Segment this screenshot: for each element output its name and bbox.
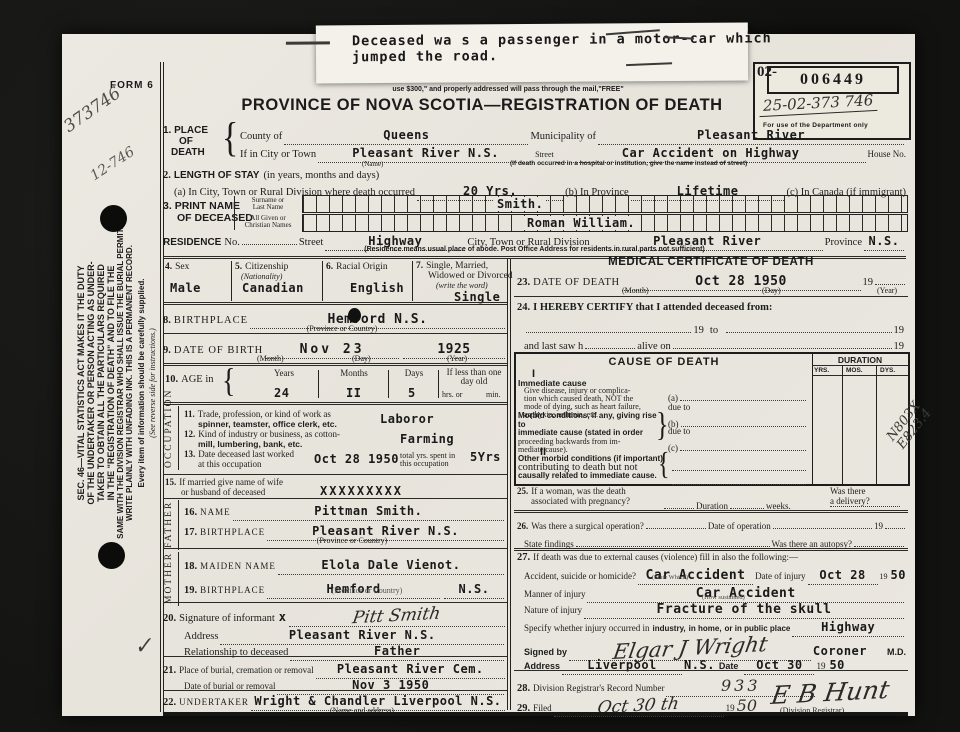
section-divider	[163, 690, 507, 691]
occupation-vertical-label: OCCUPATION	[164, 410, 174, 468]
duration-mos-label: MOS.	[846, 367, 863, 374]
accident-suicide-label: Accident, suicide or homicide?	[524, 571, 636, 581]
relationship-line: Father	[290, 642, 504, 661]
item-number: 11.	[184, 409, 195, 419]
brace-glyph: {	[658, 448, 670, 483]
mother-birthplace-label: Birthplace	[200, 585, 265, 595]
age-months-value: II	[346, 386, 361, 400]
section-divider	[514, 510, 908, 511]
duration-col-divider	[876, 365, 877, 484]
father-birthplace-label: Birthplace	[200, 527, 265, 537]
certify-label: I HEREBY CERTIFY that I attended decease…	[533, 302, 772, 313]
date-of-death-label: DATE OF DEATH	[533, 277, 619, 288]
informant-address-label: Address	[184, 631, 218, 642]
state-which-sublabel: (State Which)	[652, 574, 688, 581]
item-number: 10.	[165, 374, 178, 385]
undertaker-label: Undertaker	[179, 697, 249, 707]
citizenship-label: 5.Citizenship (Nationality)	[235, 262, 288, 281]
alive-on-line	[673, 336, 892, 349]
racial-origin-value: English	[350, 281, 404, 295]
less-than-day-label: If less than one day old	[442, 368, 506, 386]
section-divider	[163, 302, 507, 303]
nature-of-injury-label: Nature of injury	[524, 605, 582, 615]
year-prefix: 19	[894, 341, 905, 352]
label-text: Citizenship	[245, 262, 288, 272]
brace-glyph: }	[656, 406, 668, 445]
serial-number: 006449	[767, 66, 899, 94]
delivery-label: Was there a delivery?	[830, 486, 900, 507]
injury-date-value: Oct 28	[819, 568, 865, 582]
label-text: associated with pregnancy?	[531, 496, 630, 506]
year-prefix: 19	[880, 572, 888, 581]
county-line: Queens	[284, 126, 528, 145]
day-sublabel: (Day)	[352, 354, 371, 363]
birthplace-label: BIRTHPLACE	[174, 315, 248, 326]
county-value: Queens	[383, 128, 429, 142]
sidebar-line: Every item of information should be care…	[137, 68, 146, 698]
age-cell-divider	[438, 370, 439, 398]
last-worked-label: 13.Date deceased last worked at this occ…	[184, 450, 294, 469]
cause-c-line	[680, 438, 806, 451]
cause-b-line	[681, 414, 807, 427]
pencil-checkmark: ✓	[132, 633, 154, 660]
injury-date-line: Oct 28	[808, 566, 878, 585]
pencil-mark	[286, 41, 330, 44]
day-sublabel: (Day)	[762, 286, 781, 295]
manner-of-injury-label: Manner of injury	[524, 589, 585, 599]
last-saw-label: and last saw h	[524, 341, 583, 352]
item-number: 25.	[517, 486, 528, 496]
days-label: Days	[392, 368, 436, 378]
age-years-value: 24	[274, 386, 289, 400]
operation-label: Was there a surgical operation?	[531, 521, 644, 531]
duration-heading: DURATION	[812, 355, 908, 365]
month-sublabel: (Month)	[622, 286, 649, 295]
length-of-stay-paren: (in years, months and days)	[263, 170, 379, 181]
sublabel-text: Last Name	[240, 204, 296, 211]
operation-date-label: Date of operation	[708, 521, 771, 531]
punch-hole	[100, 205, 127, 232]
informant-label: Signature of informant	[179, 613, 275, 624]
duration-divider	[812, 354, 813, 484]
sublabel-text: Christian Names	[240, 222, 296, 229]
division-registrar-signature: E B Hunt	[769, 675, 891, 710]
duration-line	[730, 496, 764, 509]
month-sublabel: (Month)	[257, 354, 284, 363]
item-number: 3.	[163, 200, 172, 212]
item-number: 6.	[326, 262, 333, 272]
note-line: causally related to immediate cause.	[518, 472, 664, 481]
heading-text: PLACE	[174, 125, 208, 136]
mail-notice-line2: use $300," and properly addressed will p…	[258, 86, 758, 93]
year-sublabel: (Year)	[877, 286, 897, 295]
age-cell-divider	[388, 370, 389, 398]
spouse-label: 15.If married give name of wife or husba…	[165, 478, 283, 497]
note-line1: Deceased wa s a passenger in a motor-car…	[352, 30, 748, 49]
item-number: 24.	[517, 302, 530, 313]
specify-industry: industry,	[652, 624, 685, 633]
year-prefix: 19	[894, 325, 905, 336]
year-prefix: 19	[693, 325, 704, 336]
item-number: 1.	[163, 125, 171, 136]
informant-address-value: Pleasant River N.S.	[289, 628, 436, 642]
operation-line	[646, 516, 706, 529]
label-text: If married give name of wife	[179, 477, 283, 487]
item-number: 20.	[163, 613, 176, 624]
industry-value: Farming	[400, 432, 454, 446]
item-number: 22.	[163, 697, 176, 708]
item-number: 27.	[517, 552, 530, 563]
heading-text: DEATH	[171, 147, 208, 158]
item-number: 7.	[416, 261, 423, 271]
age-cell-divider	[318, 370, 319, 398]
municipality-label: Municipality of	[530, 131, 596, 142]
section-divider	[163, 656, 507, 657]
specify-value: Highway	[821, 620, 875, 634]
mother-province-line: N.S.	[444, 580, 504, 599]
specify-line: Highway	[792, 618, 904, 637]
street-value: Car Accident on Highway	[622, 146, 800, 160]
cause-of-death-box: CAUSE OF DEATH DURATION YRS. MOS. DYS. I…	[514, 352, 910, 486]
year-prefix: 19	[863, 277, 874, 288]
item-number: 15.	[165, 477, 176, 487]
duration-col-divider	[842, 365, 843, 484]
spouse-value: XXXXXXXXX	[320, 484, 403, 498]
ink-blot	[348, 308, 361, 323]
label-text: Racial Origin	[336, 262, 387, 272]
mother-province-value: N.S.	[459, 582, 490, 596]
burial-place-label: Place of burial, cremation or removal	[179, 665, 313, 675]
label-text: or husband of deceased	[181, 488, 283, 498]
item-number: 21.	[163, 665, 176, 676]
item-number: 19.	[184, 585, 197, 596]
sex-label: 4.Sex	[165, 262, 189, 272]
nature-line: Fracture of the skull	[584, 600, 904, 619]
to-label: to	[710, 325, 718, 336]
label-text: a delivery?	[830, 496, 900, 507]
mother-birthplace-sublabel: (Province or Country)	[292, 586, 442, 595]
note-line2: jumped the road.	[352, 46, 748, 65]
dob-line: Nov 23	[265, 340, 399, 359]
town-line: Pleasant River N.S.	[318, 144, 533, 163]
form-number: FORM 6	[110, 80, 154, 91]
mother-maiden-value: Elola Dale Vienot.	[321, 558, 460, 572]
father-vertical-label: FATHER	[164, 504, 174, 548]
label-text: AGE in	[181, 374, 213, 385]
pregnancy-label: 25.If a woman, was the death associated …	[517, 486, 630, 506]
hrs-label: hrs. or	[442, 390, 462, 399]
label-text: this occupation	[400, 460, 455, 468]
father-name-value: Pittman Smith.	[314, 504, 422, 518]
given-names-sublabel: All Given or Christian Names	[240, 215, 296, 229]
place-of-death-heading: 1. PLACE OF DEATH	[163, 125, 208, 158]
duration-rule	[812, 375, 908, 376]
other-morbid-note: Other morbid conditions (if important) c…	[518, 455, 664, 481]
occupation-divider	[178, 406, 179, 470]
brace-glyph: {	[222, 363, 235, 401]
label-text: spinner, teamster, office clerk, etc.	[198, 420, 337, 430]
medical-certificate-heading: MEDICAL CERTIFICATE OF DEATH	[514, 256, 908, 268]
specify-label: Specify whether injury occurred in	[524, 623, 649, 633]
alive-on-label: alive on	[637, 341, 671, 352]
mother-divider	[178, 552, 179, 606]
registrar-record-label: Division Registrar's Record Number	[533, 683, 664, 693]
father-name-line: Pittman Smith.	[233, 502, 504, 521]
months-label: Months	[324, 368, 384, 378]
year-sublabel: (Year)	[447, 354, 467, 363]
municipality-line: Pleasant River	[598, 126, 904, 145]
due-to-label: due to	[668, 402, 690, 412]
trade-label: 11.Trade, profession, or kind of work as…	[184, 410, 337, 429]
town-label: If in City or Town	[240, 149, 316, 160]
signed-date-line: Oct 30	[744, 656, 814, 675]
brace-glyph: {	[222, 116, 238, 162]
marital-status-label: 7.Single, Married, Widowed or Divorced (…	[416, 262, 513, 291]
specify-home: in home,	[689, 624, 722, 633]
label-text: If a woman, was the death	[531, 486, 625, 496]
label-text: mill, lumbering, bank, etc.	[198, 440, 340, 450]
scanned-death-registration: SEC. 46—VITAL STATISTICS ACT MAKES IT TH…	[0, 0, 960, 732]
record-number-value: 933	[721, 676, 761, 695]
trade-value: Laboror	[380, 412, 434, 426]
operation-year-line	[885, 516, 905, 529]
cell-divider	[412, 261, 413, 301]
mother-maiden-name-label: Maiden Name	[200, 561, 276, 571]
label-text: Widowed or Divorced	[428, 272, 513, 282]
residence-no-line	[242, 232, 297, 245]
total-years-label: total yrs. spent in this occupation	[400, 452, 455, 468]
years-label: Years	[254, 368, 314, 378]
town-value: Pleasant River N.S.	[352, 146, 499, 160]
form-bottom-rule	[163, 712, 908, 716]
municipality-value: Pleasant River	[697, 128, 805, 142]
duration-rule	[812, 365, 908, 366]
father-name-label: Name	[200, 507, 231, 517]
due-to-label: due to	[668, 426, 690, 436]
given-names-value: Roman William.	[524, 216, 638, 230]
label-text: Date deceased last worked	[198, 449, 294, 459]
date-of-injury-label: Date of injury	[755, 571, 805, 581]
signed-address-line: Liverpool	[562, 656, 682, 675]
min-label: min.	[486, 390, 500, 399]
section-divider	[514, 296, 908, 297]
last-worked-value: Oct 28 1950	[314, 452, 399, 466]
date-of-death-line: Oct 28 1950	[622, 272, 861, 291]
item-number: 17.	[184, 527, 197, 538]
other-morbid-line	[672, 458, 806, 471]
note-line: immediate cause (stated in order	[518, 428, 643, 437]
findings-line	[576, 534, 770, 547]
typed-note-slip: Deceased wa s a passenger in a motor-car…	[316, 22, 748, 83]
label-text: Kind of industry or business, as cotton-	[198, 429, 340, 439]
handwritten-registration-number: 25-02-373 746	[759, 91, 878, 117]
item-number: 23.	[517, 277, 530, 288]
cause-a-line	[680, 388, 806, 401]
section-divider	[163, 548, 507, 549]
label-text: at this occupation	[198, 460, 294, 470]
operation-date-line	[773, 516, 872, 529]
form-paper: SEC. 46—VITAL STATISTICS ACT MAKES IT TH…	[62, 34, 915, 716]
street-label: Street	[535, 150, 554, 159]
heading-text: PRINT NAME	[175, 200, 240, 212]
cell-divider	[322, 261, 323, 301]
sidebar-divider	[160, 62, 161, 712]
cell-divider	[231, 261, 232, 301]
item-number: 28.	[517, 683, 530, 694]
year-prefix: 19	[874, 521, 883, 531]
house-no-label: House No.	[868, 149, 907, 159]
age-label: 10.AGE in	[165, 374, 214, 385]
pregnancy-line	[664, 496, 694, 509]
sidebar-line: SEC. 46—VITAL STATISTICS ACT MAKES IT TH…	[76, 68, 86, 698]
informant-signature: Pitt Smith	[351, 604, 442, 629]
industry-label: 12.Kind of industry or business, as cott…	[184, 430, 340, 449]
surname-sublabel: Surname or Last Name	[240, 197, 296, 211]
surname-comb-field	[302, 195, 908, 213]
mother-maiden-line: Elola Dale Vienot.	[278, 556, 504, 575]
mother-vertical-label: MOTHER	[164, 556, 174, 604]
note-line: Morbid conditions, if any, giving rise t…	[518, 412, 664, 429]
label-text: Was there	[830, 486, 900, 496]
section-divider	[163, 498, 507, 499]
date-of-birth-label: DATE OF BIRTH	[174, 345, 263, 356]
label-text: Sex	[175, 262, 189, 272]
item-number: 5.	[235, 262, 242, 272]
section-divider	[514, 548, 908, 549]
section-divider	[163, 474, 507, 475]
section-divider	[163, 333, 507, 334]
label-text: Single, Married,	[426, 261, 488, 271]
label-text: Trade, profession, or kind of work as	[198, 409, 331, 419]
item-number: 13.	[184, 449, 195, 459]
column-divider	[507, 259, 508, 710]
father-divider	[178, 500, 179, 550]
informant-sig-line: Pitt Smith	[289, 606, 505, 627]
item-number: 4.	[165, 262, 172, 272]
nature-value: Fracture of the skull	[657, 602, 832, 617]
heading-text: OF	[179, 136, 208, 147]
page-title: PROVINCE OF NOVA SCOTIA—REGISTRATION OF …	[182, 96, 782, 115]
section-divider	[514, 670, 908, 671]
last-saw-line	[585, 336, 635, 349]
name-sublabel: (Name)	[362, 160, 383, 168]
hospital-sublabel: (If death occurred in a hospital or inst…	[510, 160, 747, 167]
certify-from-line	[526, 320, 691, 333]
section-divider	[163, 363, 507, 364]
birthplace-sublabel: (Province or Country)	[242, 324, 442, 333]
death-year-line	[875, 272, 905, 285]
section-divider	[163, 602, 507, 603]
print-name-divider	[234, 196, 235, 230]
item-number: 2.	[163, 170, 171, 181]
residence-sublabel: (Residence means usual place of abode. P…	[163, 246, 906, 253]
item-number: 18.	[184, 561, 197, 572]
injury-year-value: 50	[891, 568, 906, 582]
section-divider	[163, 402, 507, 403]
item-number: 12.	[184, 429, 195, 439]
citizenship-paren: (Nationality)	[235, 272, 288, 281]
other-morbid-line	[672, 472, 806, 485]
duration-yrs-label: YRS.	[814, 367, 829, 374]
autopsy-line	[854, 534, 904, 547]
citizenship-value: Canadian	[242, 281, 304, 295]
sidebar-reverse-note: (See reverse side for instructions.)	[148, 68, 157, 698]
item-number: 8.	[163, 315, 171, 326]
item-number: 16.	[184, 507, 197, 518]
external-causes-label: If death was due to external causes (vio…	[533, 552, 798, 562]
cause-of-death-heading: CAUSE OF DEATH	[516, 356, 812, 368]
sex-value: Male	[170, 281, 201, 295]
informant-x-mark: x	[279, 610, 287, 624]
item-number: 26.	[517, 521, 528, 531]
total-years-value: 5Yrs	[470, 450, 501, 464]
length-of-stay-heading: LENGTH OF STAY	[174, 170, 260, 181]
item-number: 9.	[163, 345, 171, 356]
punch-hole	[98, 542, 125, 569]
certify-to-line	[726, 320, 891, 333]
sidebar-line: OF THE UNDERTAKER OR PERSON ACTING AS UN…	[86, 68, 96, 698]
racial-origin-label: 6.Racial Origin	[326, 262, 388, 272]
father-birthplace-sublabel: (Province or Country)	[262, 536, 442, 545]
duration-dys-label: DYS.	[880, 367, 895, 374]
burial-place-value: Pleasant River Cem.	[337, 662, 484, 676]
age-days-value: 5	[408, 386, 416, 400]
county-label: County of	[240, 131, 282, 142]
surname-value: Smith.	[494, 197, 546, 211]
